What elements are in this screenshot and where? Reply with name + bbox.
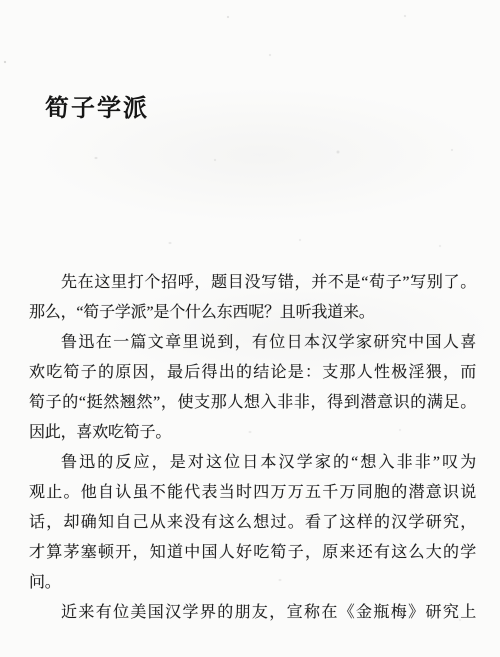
- text-line: 鲁迅在一篇文章里说到，有位日本汉学家研究中国人喜: [29, 328, 476, 358]
- text-line: 问。: [29, 568, 476, 598]
- text-line: 那么，“筍子学派”是个什么东西呢？且听我道来。: [29, 298, 476, 328]
- text-line: 筍子的“挺然翘然”，使支那人想入非非，得到潜意识的满足。: [29, 388, 476, 418]
- text-line: 才算茅塞顿开，知道中国人好吃筍子，原来还有这么大的学: [29, 538, 476, 568]
- text-line: 欢吃筍子的原因，最后得出的结论是：支那人性极淫猥，而: [29, 358, 476, 388]
- text-line: 观止。他自认虽不能代表当时四万万五千万同胞的潜意识说: [29, 478, 476, 508]
- page-title: 筍子学派: [45, 94, 149, 124]
- text-line: 鲁迅的反应，是对这位日本汉学家的“想入非非”叹为: [29, 448, 476, 478]
- text-line: 因此，喜欢吃筍子。: [29, 418, 476, 448]
- text-line: 近来有位美国汉学界的朋友，宣称在《金瓶梅》研究上: [29, 598, 476, 628]
- scanned-book-page: 筍子学派 先在这里打个招呼，题目没写错，并不是“荀子”写别了。 那么，“筍子学派…: [0, 0, 500, 657]
- body-text: 先在这里打个招呼，题目没写错，并不是“荀子”写别了。 那么，“筍子学派”是个什么…: [29, 268, 476, 628]
- text-line: 先在这里打个招呼，题目没写错，并不是“荀子”写别了。: [29, 268, 476, 298]
- text-line: 话，却确知自己从来没有这么想过。看了这样的汉学研究，: [29, 508, 476, 538]
